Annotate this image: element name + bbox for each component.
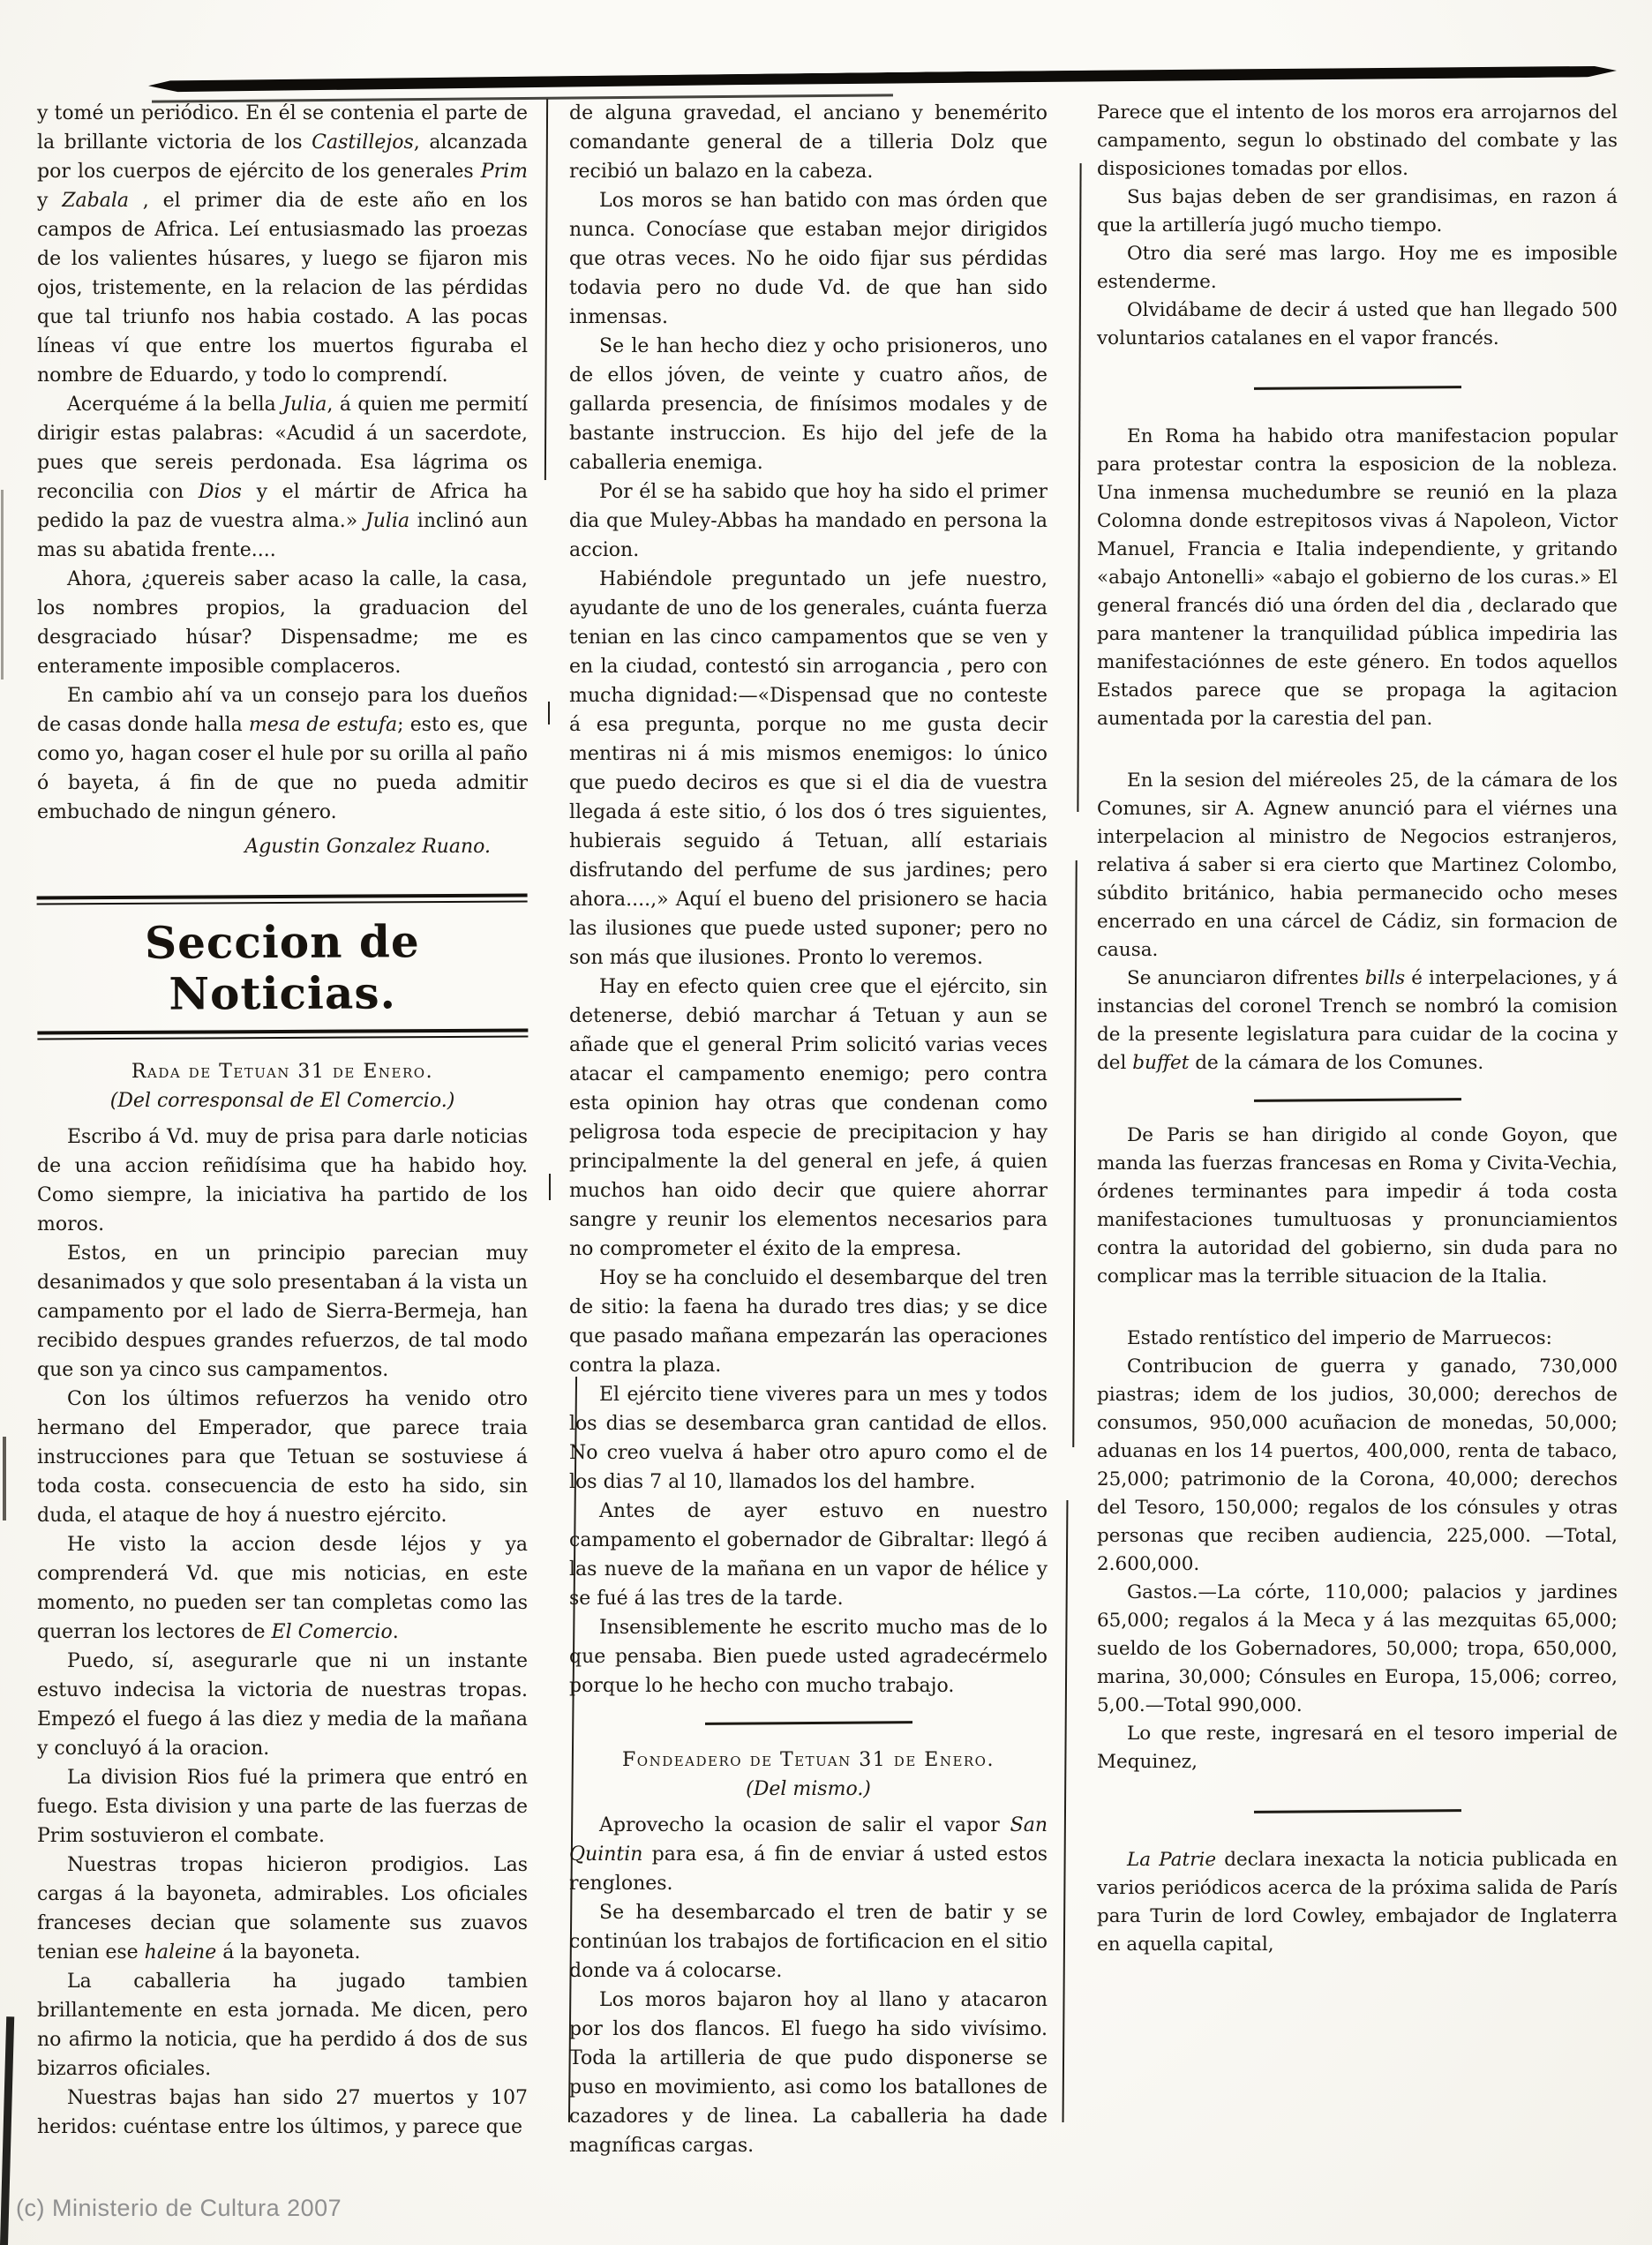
paragraph: Antes de ayer estuvo en nuestro campamen… xyxy=(569,1497,1048,1613)
column-divider xyxy=(544,99,548,480)
paragraph: Acerquéme á la bella Julia, á quien me p… xyxy=(37,390,528,565)
paragraph: Lo que reste, ingresará en el tesoro imp… xyxy=(1097,1720,1618,1776)
paragraph: Hoy se ha concluido el desembarque del t… xyxy=(569,1264,1048,1380)
paragraph: Nuestras bajas han sido 27 muertos y 107… xyxy=(37,2084,528,2142)
paragraph: Escribo á Vd. muy de prisa para darle no… xyxy=(37,1122,528,1239)
paragraph: Aprovecho la ocasion de salir el vapor S… xyxy=(569,1811,1048,1898)
scan-edge-artifact xyxy=(3,1437,6,1520)
paragraph: Puedo, sí, asegurarle que ni un instante… xyxy=(37,1647,528,1763)
column-divider xyxy=(549,1174,551,1200)
article-separator-rule xyxy=(1253,1098,1461,1101)
paragraph: Los moros bajaron hoy al llano y atacaro… xyxy=(569,1986,1048,2160)
newspaper-page: y tomé un periódico. En él se contenia e… xyxy=(0,0,1652,2245)
byline: Agustin Gonzalez Ruano. xyxy=(37,832,528,861)
paragraph: La Patrie declara inexacta la noticia pu… xyxy=(1097,1846,1618,1959)
column-divider xyxy=(1077,163,1081,812)
paragraph: En cambio ahí va un consejo para los due… xyxy=(37,681,528,827)
double-rule xyxy=(37,1029,528,1041)
paragraph: Se le han hecho diez y ocho prisioneros,… xyxy=(569,332,1048,477)
paragraph: Estos, en un principio parecian muy desa… xyxy=(37,1239,528,1385)
paragraph: Contribucion de guerra y ganado, 730,000… xyxy=(1097,1353,1618,1579)
paragraph: Gastos.—La córte, 110,000; palacios y ja… xyxy=(1097,1579,1618,1720)
article-separator-rule xyxy=(704,1721,912,1724)
paragraph: Olvidábame de decir á usted que han lleg… xyxy=(1097,297,1618,353)
article-separator-rule xyxy=(1253,1809,1461,1813)
paragraph: Otro dia seré mas largo. Hoy me es impos… xyxy=(1097,240,1618,297)
paragraph: de alguna gravedad, el anciano y benemér… xyxy=(569,99,1048,186)
paragraph: La division Rios fué la primera que entr… xyxy=(37,1763,528,1851)
paragraph: El ejército tiene viveres para un mes y … xyxy=(569,1380,1048,1497)
paragraph: Nuestras tropas hicieron prodigios. Las … xyxy=(37,1851,528,1967)
masthead-rule xyxy=(148,64,1617,93)
article-heading: Rada de Tetuan 31 de Enero. xyxy=(37,1057,528,1086)
scan-edge-artifact xyxy=(0,2016,14,2245)
column-divider xyxy=(1072,860,1077,1447)
article-heading: Fondeadero de Tetuan 31 de Enero. xyxy=(569,1746,1048,1775)
paragraph: Ahora, ¿quereis saber acaso la calle, la… xyxy=(37,565,528,681)
paragraph: Los moros se han batido con mas órden qu… xyxy=(569,186,1048,332)
paragraph: La caballeria ha jugado tambien brillant… xyxy=(37,1967,528,2084)
paragraph: Habiéndole preguntado un jefe nuestro, a… xyxy=(569,565,1048,972)
paragraph: Por él se ha sabido que hoy ha sido el p… xyxy=(569,477,1048,565)
scan-edge-artifact xyxy=(1,490,4,680)
paragraph: En Roma ha habido otra manifestacion pop… xyxy=(1097,423,1618,733)
section-title-block: Seccion de Noticias. xyxy=(37,894,529,1041)
paragraph: He visto la accion desde léjos y ya comp… xyxy=(37,1530,528,1647)
section-title: Seccion de Noticias. xyxy=(37,916,529,1021)
paragraph: De Paris se han dirigido al conde Goyon,… xyxy=(1097,1122,1618,1291)
article-separator-rule xyxy=(1253,386,1461,389)
column-1: y tomé un periódico. En él se contenia e… xyxy=(37,99,528,2142)
paragraph: Sus bajas deben de ser grandisimas, en r… xyxy=(1097,184,1618,240)
column-3: Parece que el intento de los moros era a… xyxy=(1097,99,1618,1959)
paragraph: Hay en efecto quien cree que el ejército… xyxy=(569,972,1048,1264)
double-rule xyxy=(37,894,528,906)
article-subheading: (Del corresponsal de El Comercio.) xyxy=(37,1086,528,1115)
paragraph: Parece que el intento de los moros era a… xyxy=(1097,99,1618,184)
paragraph: Se ha desembarcado el tren de batir y se… xyxy=(569,1898,1048,1986)
paragraph: Se anunciaron difrentes bills é interpel… xyxy=(1097,965,1618,1077)
column-2: de alguna gravedad, el anciano y benemér… xyxy=(569,99,1048,2160)
paragraph: Estado rentístico del imperio de Marruec… xyxy=(1097,1325,1618,1353)
paragraph: En la sesion del miéreoles 25, de la cám… xyxy=(1097,767,1618,965)
article-subheading: (Del mismo.) xyxy=(569,1775,1048,1804)
paragraph: y tomé un periódico. En él se contenia e… xyxy=(37,99,528,390)
copyright-footer: (c) Ministerio de Cultura 2007 xyxy=(16,2195,342,2222)
column-divider xyxy=(548,702,550,725)
column-divider xyxy=(1063,1500,1069,2122)
paragraph: Con los últimos refuerzos ha venido otro… xyxy=(37,1385,528,1530)
paragraph: Insensiblemente he escrito mucho mas de … xyxy=(569,1613,1048,1701)
